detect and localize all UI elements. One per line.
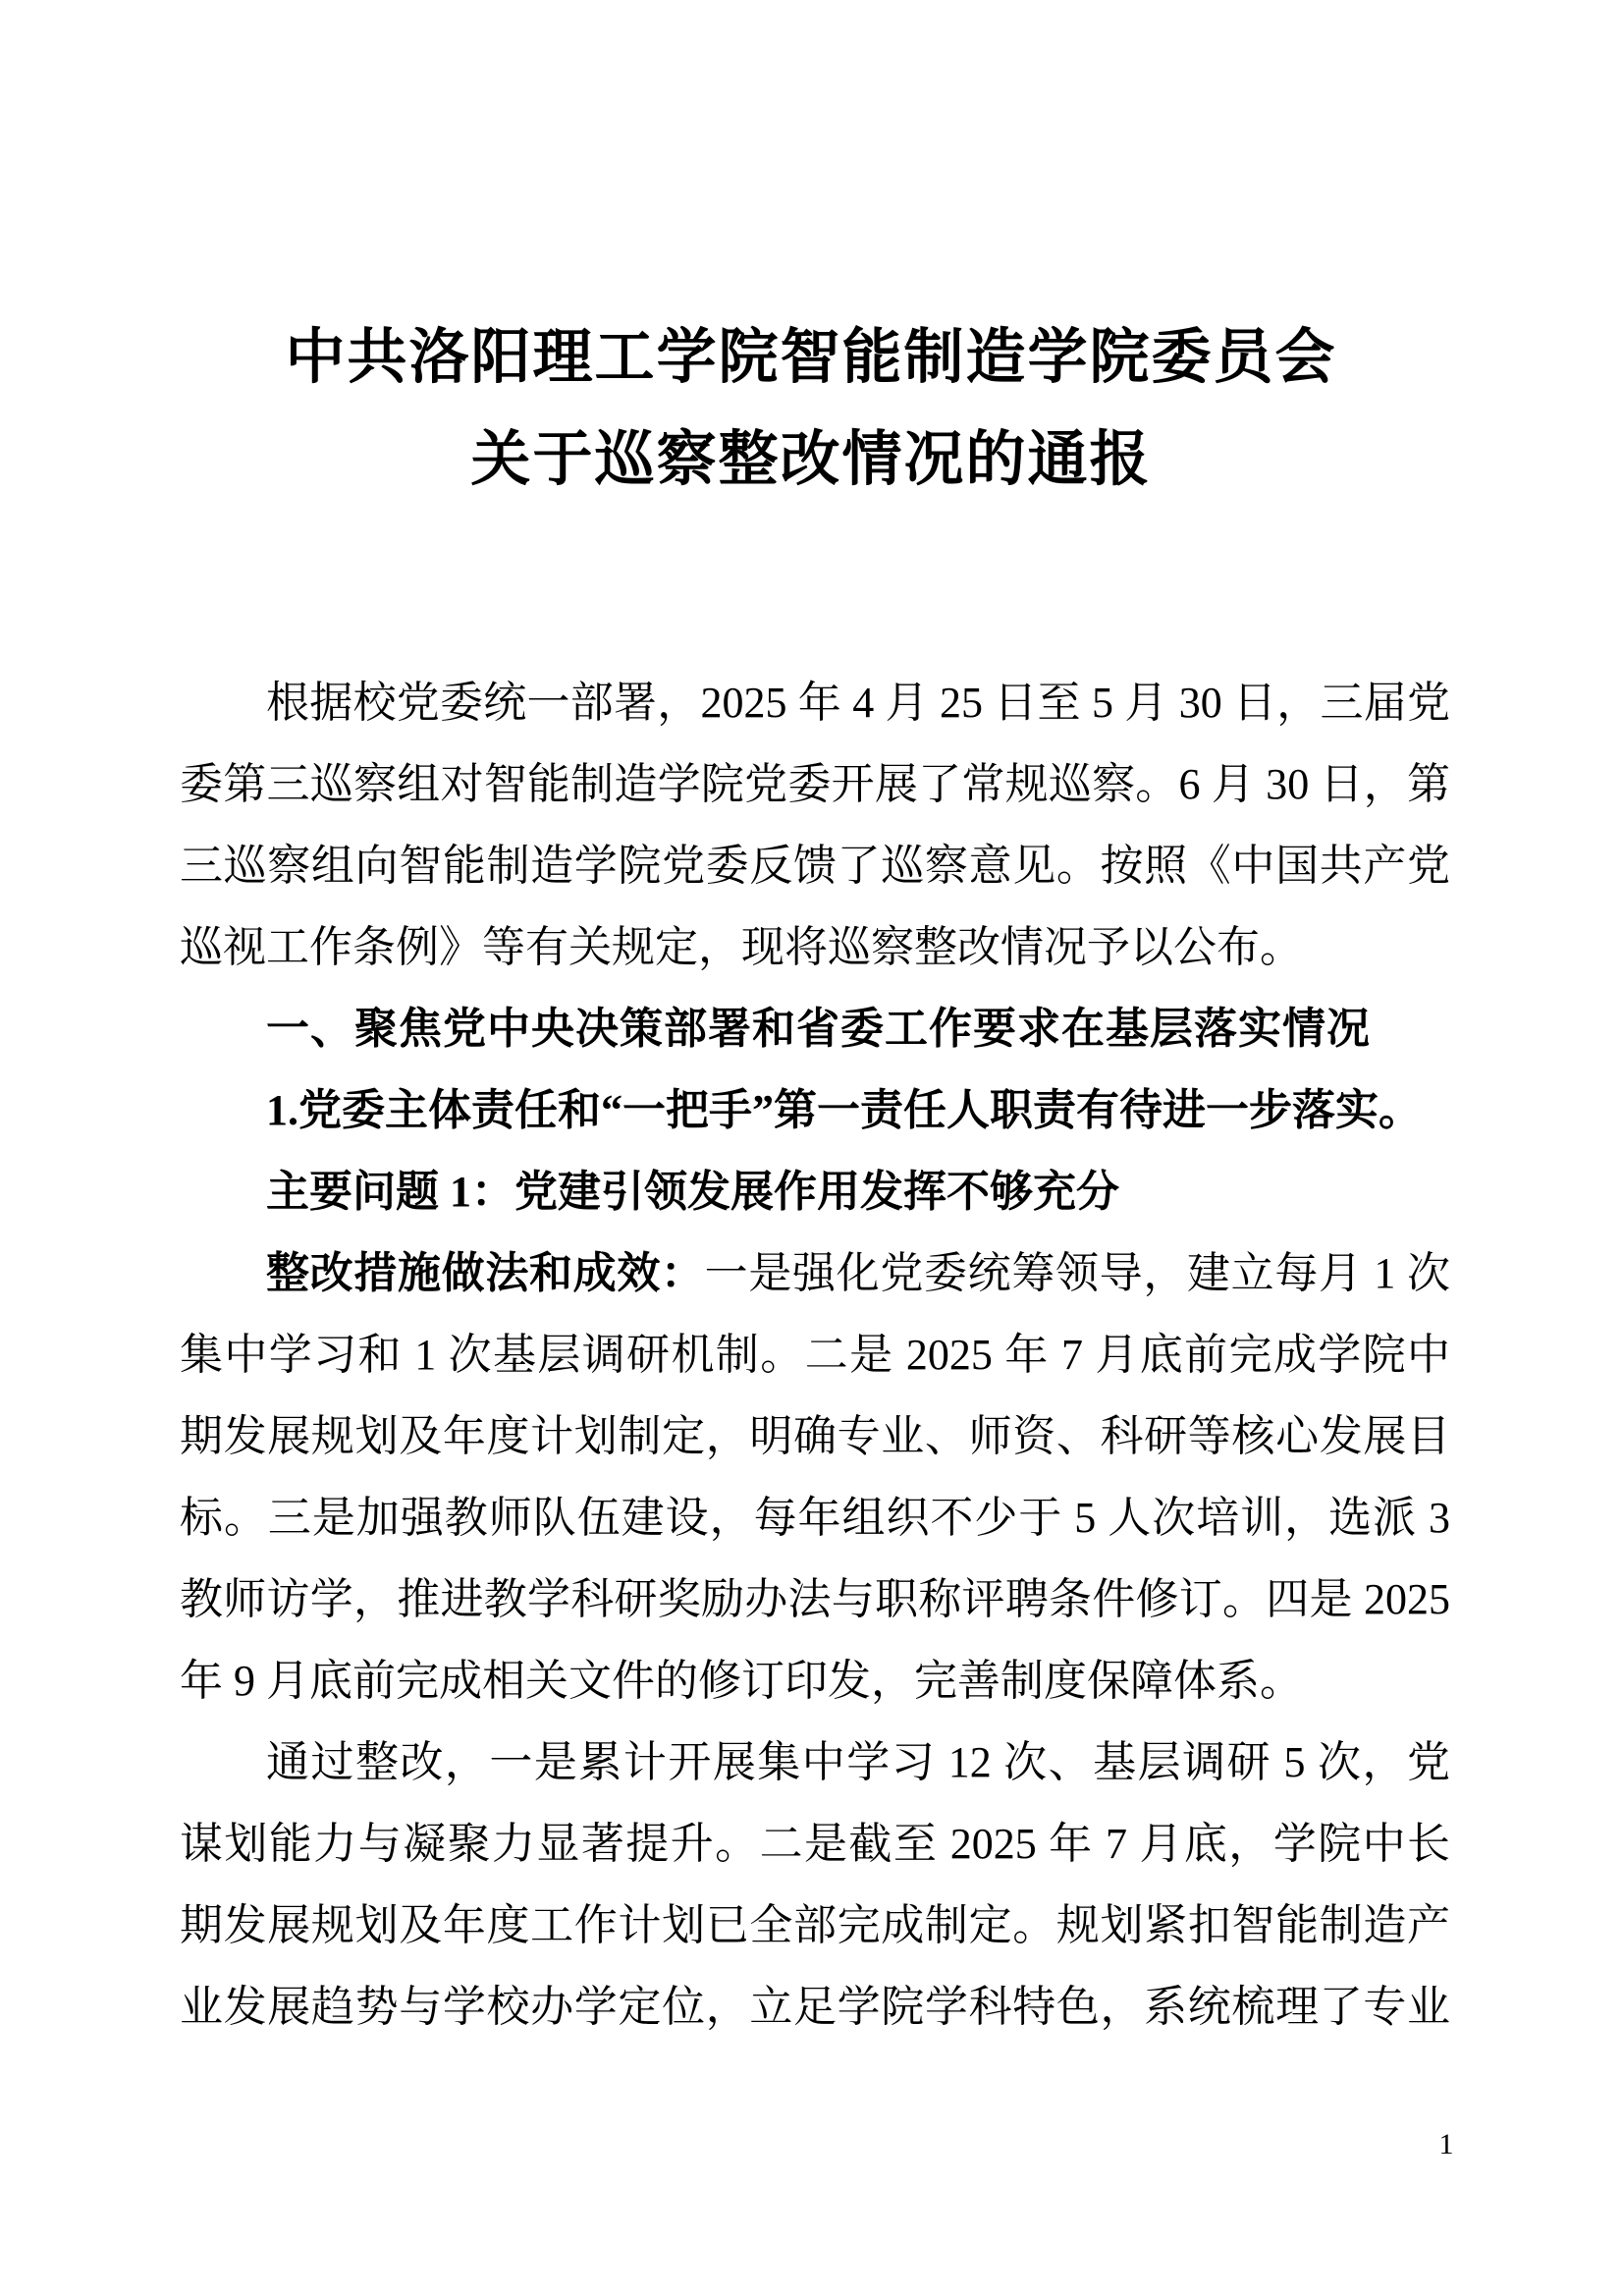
title-line-1: 中共洛阳理工学院智能制造学院委员会 <box>0 307 1622 410</box>
line-text: 业发展趋势与学校办学定位，立足学院学科特色，系统梳理了专业 <box>180 1983 1450 2031</box>
document-title: 中共洛阳理工学院智能制造学院委员会 关于巡察整改情况的通报 <box>0 307 1622 512</box>
line-text: 委第三巡察组对智能制造学院党委开展了常规巡察。6 月 30 日，第 <box>180 760 1450 808</box>
line-text: 集中学习和 1 次基层调研机制。二是 2025 年 7 月底前完成学院中长 <box>180 1331 1450 1395</box>
text-line: 巡视工作条例》等有关规定，现将巡察整改情况予以公布。 <box>180 906 1450 988</box>
text-line: 1.党委主体责任和“一把手”第一责任人职责有待进一步落实。 <box>180 1069 1450 1151</box>
text-line: 年 9 月底前完成相关文件的修订印发，完善制度保障体系。 <box>180 1640 1450 1722</box>
line-text: 年 9 月底前完成相关文件的修订印发，完善制度保障体系。 <box>180 1657 1303 1705</box>
text-line: 通过整改，一是累计开展集中学习 12 次、基层调研 5 次，党委 <box>180 1722 1450 1803</box>
line-text: 主要问题 1：党建引领发展作用发挥不够充分 <box>266 1168 1119 1216</box>
line-text: 根据校党委统一部署，2025 年 4 月 25 日至 5 月 30 日，三届党 <box>266 679 1450 727</box>
text-line: 业发展趋势与学校办学定位，立足学院学科特色，系统梳理了专业 <box>180 1966 1450 2048</box>
text-line: 标。三是加强教师队伍建设，每年组织不少于 5 人次培训，选派 3 名 <box>180 1477 1450 1558</box>
line-text: 巡视工作条例》等有关规定，现将巡察整改情况予以公布。 <box>180 923 1303 971</box>
line-text: 教师访学，推进教学科研奖励办法与职称评聘条件修订。四是 2025 <box>180 1575 1450 1623</box>
text-line: 三巡察组向智能制造学院党委反馈了巡察意见。按照《中国共产党 <box>180 825 1450 906</box>
document-body: 根据校党委统一部署，2025 年 4 月 25 日至 5 月 30 日，三届党委… <box>180 662 1450 2048</box>
text-line: 主要问题 1：党建引领发展作用发挥不够充分 <box>180 1151 1450 1232</box>
text-line: 根据校党委统一部署，2025 年 4 月 25 日至 5 月 30 日，三届党 <box>180 662 1450 743</box>
line-text: 通过整改，一是累计开展集中学习 12 次、基层调研 5 次，党委 <box>180 1738 1450 1803</box>
document-page: 中共洛阳理工学院智能制造学院委员会 关于巡察整改情况的通报 根据校党委统一部署，… <box>0 0 1622 2296</box>
page-number: 1 <box>1426 2123 1467 2166</box>
text-line: 期发展规划及年度计划制定，明确专业、师资、科研等核心发展目 <box>180 1395 1450 1477</box>
text-line: 一、聚焦党中央决策部署和省委工作要求在基层落实情况 <box>180 988 1450 1069</box>
bold-lead-text: 整改措施做法和成效： <box>266 1249 705 1297</box>
line-text: 谋划能力与凝聚力显著提升。二是截至 2025 年 7 月底，学院中长 <box>180 1820 1450 1868</box>
text-line: 委第三巡察组对智能制造学院党委开展了常规巡察。6 月 30 日，第 <box>180 743 1450 825</box>
line-text: 一、聚焦党中央决策部署和省委工作要求在基层落实情况 <box>266 1005 1371 1053</box>
text-line: 教师访学，推进教学科研奖励办法与职称评聘条件修订。四是 2025 <box>180 1558 1450 1640</box>
text-line: 谋划能力与凝聚力显著提升。二是截至 2025 年 7 月底，学院中长 <box>180 1803 1450 1885</box>
title-line-2: 关于巡察整改情况的通报 <box>0 410 1622 512</box>
line-text: 三巡察组向智能制造学院党委反馈了巡察意见。按照《中国共产党 <box>180 842 1450 890</box>
text-line: 期发展规划及年度工作计划已全部完成制定。规划紧扣智能制造产 <box>180 1885 1450 1966</box>
line-text: 期发展规划及年度工作计划已全部完成制定。规划紧扣智能制造产 <box>180 1901 1450 1949</box>
line-text: 期发展规划及年度计划制定，明确专业、师资、科研等核心发展目 <box>180 1412 1450 1460</box>
line-text: 一是强化党委统筹领导，建立每月 1 次 <box>705 1249 1450 1297</box>
text-line: 整改措施做法和成效：一是强化党委统筹领导，建立每月 1 次 <box>180 1232 1450 1314</box>
line-text: 标。三是加强教师队伍建设，每年组织不少于 5 人次培训，选派 3 名 <box>180 1494 1450 1558</box>
line-text: 1.党委主体责任和“一把手”第一责任人职责有待进一步落实。 <box>266 1086 1422 1134</box>
text-line: 集中学习和 1 次基层调研机制。二是 2025 年 7 月底前完成学院中长 <box>180 1314 1450 1395</box>
